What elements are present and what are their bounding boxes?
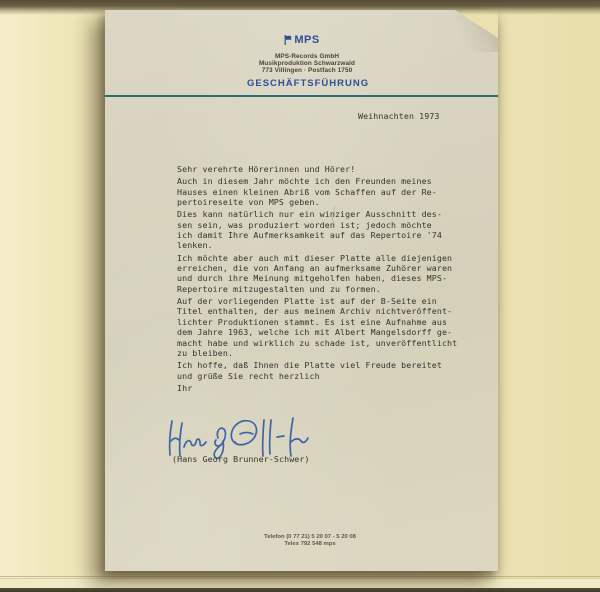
footer-phone: Telefon (0 77 21) 5 20 07 - 5 20 08 [210, 534, 410, 541]
album-cover-scan: MPS MPS-Records GmbH Musikproduktion Sch… [0, 0, 600, 592]
footer-telex: Telex 792 548 mps [210, 541, 410, 548]
pencil-smudge [327, 204, 341, 230]
company-division: Musikproduktion Schwarzwald [207, 60, 407, 67]
letter-body: Sehr verehrte Hörerinnen und Hörer! Auch… [177, 164, 477, 395]
paragraph-1: Auch in diesem Jahr möchte ich den Freun… [177, 176, 477, 207]
letterhead-address-block: MPS-Records GmbH Musikproduktion Schwarz… [207, 53, 407, 74]
mps-logo: MPS [105, 34, 498, 46]
mps-logo-icon [283, 34, 292, 46]
mps-logo-text: MPS [294, 34, 319, 46]
paragraph-3: Ich möchte aber auch mit dieser Platte a… [177, 253, 477, 294]
date-line: Weihnachten 1973 [358, 111, 440, 121]
cover-bottom-crease [0, 576, 600, 577]
salutation: Sehr verehrte Hörerinnen und Hörer! [177, 164, 477, 174]
department-heading: GESCHÄFTSFÜHRUNG [247, 78, 369, 89]
paragraph-5: Ich hoffe, daß Ihnen die Platte viel Fre… [177, 360, 477, 381]
paragraph-4: Auf der vorliegenden Platte ist auf der … [177, 296, 477, 358]
letter-footer: Telefon (0 77 21) 5 20 07 - 5 20 08 Tele… [210, 534, 410, 548]
closing-word: Ihr [177, 383, 477, 393]
letterhead-divider-rule [105, 95, 498, 97]
company-address: 773 Villingen · Postfach 1750 [207, 67, 407, 74]
signer-name: (Hans Georg Brunner-Schwer) [172, 454, 310, 464]
letter-page: MPS MPS-Records GmbH Musikproduktion Sch… [105, 10, 498, 571]
cover-bottom-edge [0, 588, 600, 592]
company-name: MPS-Records GmbH [207, 53, 407, 60]
